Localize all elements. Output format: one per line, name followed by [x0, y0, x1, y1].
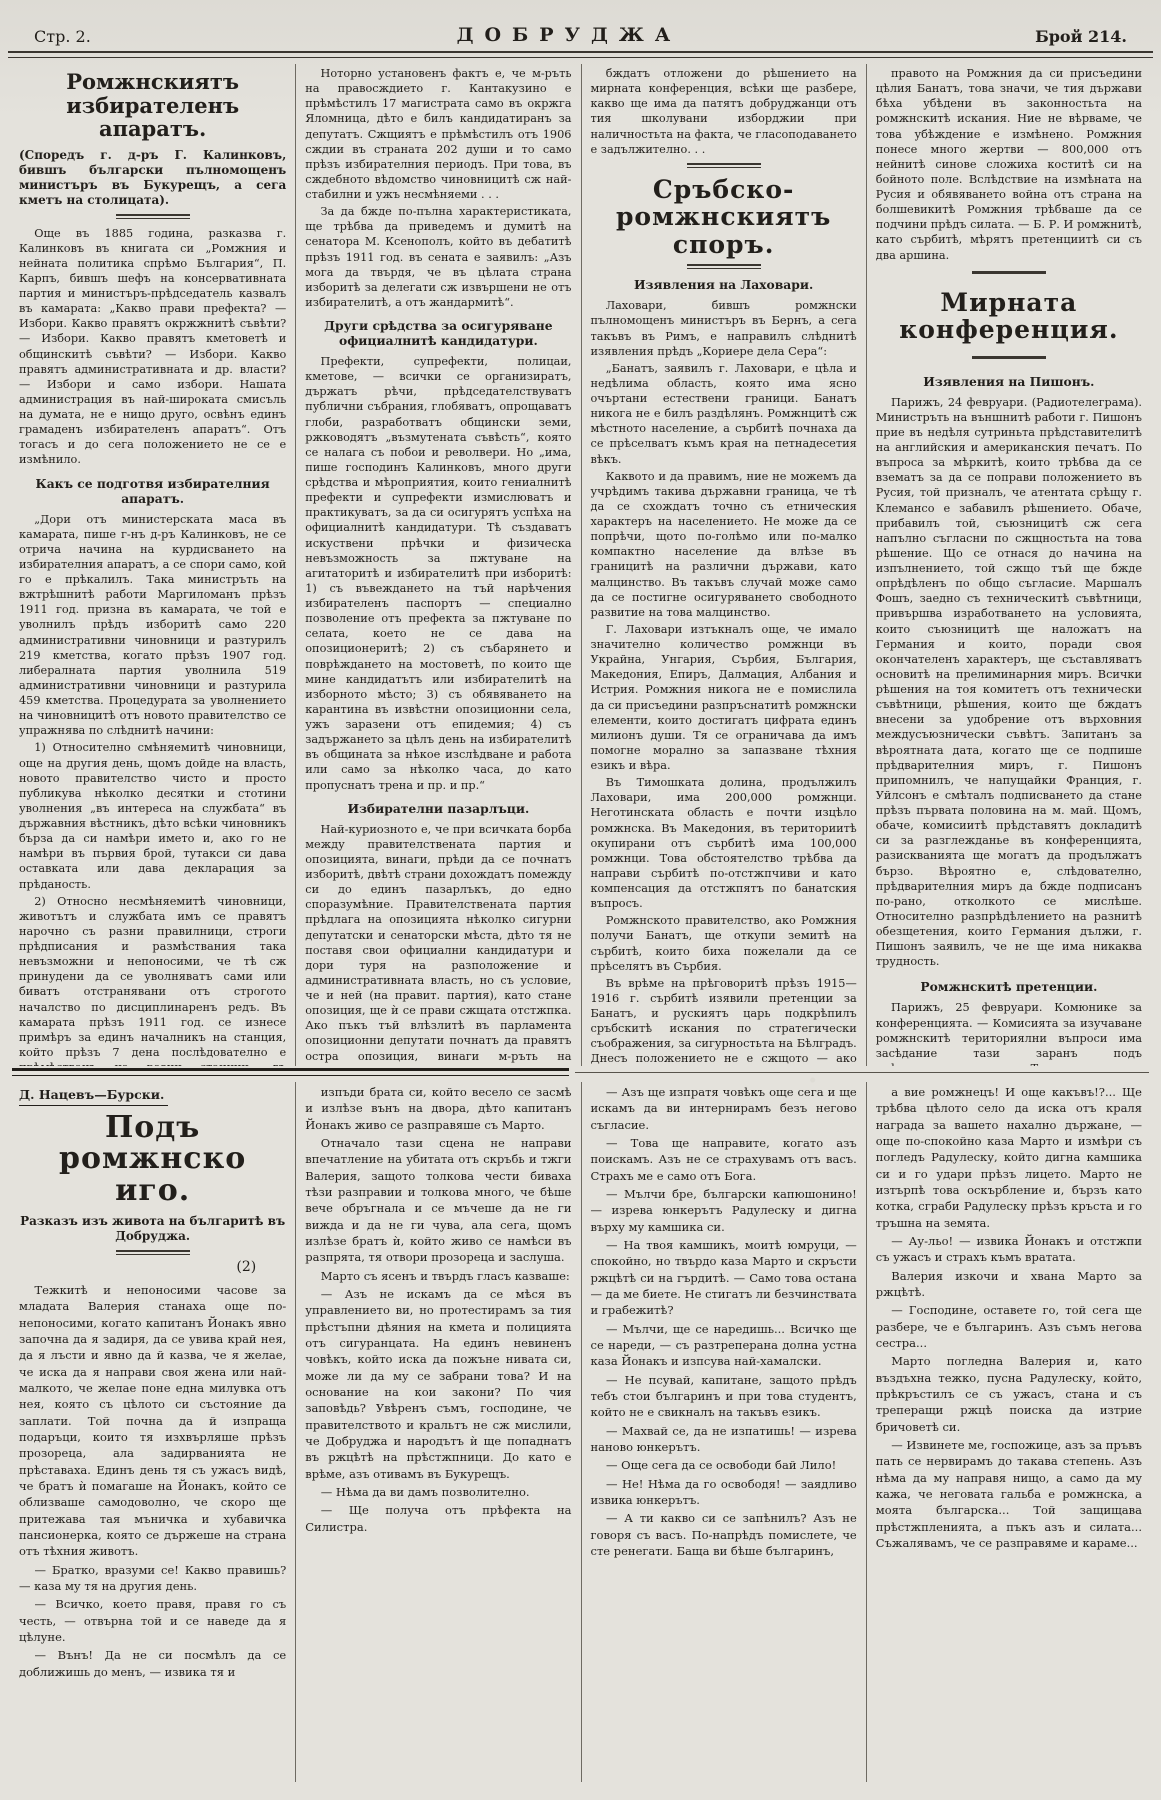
divider-rule — [972, 356, 1046, 359]
paragraph: Отначало тази сцена не направи впечатлен… — [305, 1135, 571, 1266]
divider-rule — [972, 271, 1046, 274]
paragraph: 2) Относно несмѣняемитѣ чиновници, живот… — [19, 894, 286, 1066]
newspaper-page: Стр. 2. ДОБРУДЖА Брой 214. Ромжнскиятъ и… — [0, 0, 1161, 1800]
paragraph: — Това ще направите, когато азъ поискамъ… — [591, 1135, 857, 1184]
paragraph: бждатъ отложени до рѣшението на мирната … — [591, 66, 857, 157]
paragraph: — Мълчи, ще се наредишь... Всичко ще се … — [591, 1321, 857, 1370]
divider-thin-rule — [575, 1072, 1149, 1073]
article-subhead: (Споредъ г. д-ръ Г. Калинковъ, бившъ бъл… — [19, 148, 286, 208]
paragraph: Парижъ, 25 февруари. Комюнике за конфере… — [876, 1000, 1142, 1066]
top-column-4: правото на Ромжния да си присъедини цѣли… — [866, 64, 1151, 1066]
divider-rule — [116, 1250, 190, 1255]
paragraph: Валерия изкочи и хвана Марто за ржцѣтѣ. — [876, 1268, 1142, 1301]
crosshead: Ромжнскитѣ претенции. — [882, 979, 1136, 994]
paragraph: Ромжнското правителство, ако Ромжния пол… — [591, 913, 857, 974]
paragraph: а вие ромжнецъ! И още какъвъ!?... Ще трѣ… — [876, 1084, 1142, 1231]
paragraph: Още въ 1885 година, разказва г. Калинков… — [19, 226, 286, 468]
section-divider-rule — [0, 1066, 1161, 1078]
paragraph: Лаховари, бившъ ромжнски пълномощенъ мин… — [591, 298, 857, 359]
article-subhead: Разказъ изъ живота на българитѣ въ Добру… — [19, 1214, 286, 1244]
crosshead: Какъ се подготвя избирателния апаратъ. — [25, 476, 280, 506]
bottom-column-2: изпъди брата си, който весело се засмѣ и… — [295, 1082, 580, 1782]
paragraph: — Извинете ме, госпожице, азъ за пръвъ п… — [876, 1437, 1142, 1551]
paragraph: — Азъ не искамъ да се мѣся въ управление… — [305, 1286, 571, 1482]
paragraph: Най-куриозното е, че при всичката борба … — [305, 822, 571, 1066]
bottom-column-1: Д. Нацевъ—Бурски.Подъ ромжнско иго.Разка… — [10, 1082, 295, 1782]
top-column-1: Ромжнскиятъ избирателенъ апаратъ.(Според… — [10, 64, 295, 1066]
paragraph: Префекти, супрефекти, полицаи, кметове, … — [305, 354, 571, 793]
part-number: (2) — [19, 1258, 256, 1278]
paragraph: — Нѣма да ви дамъ позволително. — [305, 1484, 571, 1500]
paragraph: — Братко, вразуми се! Какво правишь? — к… — [19, 1562, 286, 1595]
paragraph: Въ врѣме на прѣговоритѣ прѣзъ 1915—1916 … — [591, 976, 857, 1066]
paragraph: „Банатъ, заявилъ г. Лаховари, е цѣла и н… — [591, 361, 857, 467]
divider-heavy-rule — [12, 1068, 569, 1076]
divider-rule — [687, 264, 761, 269]
paragraph: — А ти какво си се запѣнилъ? Азъ не гово… — [591, 1510, 857, 1559]
issue-number-label: Брой 214. — [1035, 27, 1127, 46]
paragraph: — Мълчи бре, български капюшонино! — изр… — [591, 1186, 857, 1235]
article-headline: Сръбско-ромжнскиятъ споръ. — [591, 176, 857, 259]
article-headline: Ромжнскиятъ избирателенъ апаратъ. — [19, 70, 286, 141]
paragraph: 1) Относително смѣняемитѣ чиновници, още… — [19, 740, 286, 891]
page-header: Стр. 2. ДОБРУДЖА Брой 214. — [0, 0, 1161, 51]
paragraph: изпъди брата си, който весело се засмѣ и… — [305, 1084, 571, 1133]
paragraph: — Всичко, което правя, правя го съ честь… — [19, 1596, 286, 1645]
paragraph: — Господине, оставете го, той сега ще ра… — [876, 1302, 1142, 1351]
divider-rule — [687, 163, 761, 168]
article-headline: Мирната конференция. — [876, 289, 1142, 344]
paragraph: правото на Ромжния да си присъедини цѣли… — [876, 66, 1142, 263]
paragraph: Тежкитѣ и непоносими часове за младата В… — [19, 1282, 286, 1560]
crosshead: Изявления на Пишонъ. — [882, 374, 1136, 389]
page-number-label: Стр. 2. — [34, 27, 91, 46]
masthead-title: ДОБРУДЖА — [457, 24, 682, 46]
crosshead: Избирателни пазарлъци. — [311, 801, 565, 816]
paragraph: Марто погледна Валерия и, като въздъхна … — [876, 1353, 1142, 1435]
bottom-column-4: а вие ромжнецъ! И още какъвъ!?... Ще трѣ… — [866, 1082, 1151, 1782]
paragraph: Г. Лаховари изтъкналъ още, че имало знач… — [591, 622, 857, 773]
paragraph: Ноторно установенъ фактъ е, че м-ръть на… — [305, 66, 571, 202]
top-column-3: бждатъ отложени до рѣшението на мирната … — [581, 64, 866, 1066]
paragraph: — Ще получа отъ прѣфекта на Силистра. — [305, 1502, 571, 1535]
paragraph: Парижъ, 24 февруари. (Радиотелеграма). М… — [876, 395, 1142, 970]
paragraph: — Ау-льо! — извика Йонакъ и отстжпи съ у… — [876, 1233, 1142, 1266]
paragraph: Марто съ ясенъ и твърдъ гласъ казваше: — [305, 1268, 571, 1284]
paragraph: — Азъ ще изпратя човѣкъ още сега и ще ис… — [591, 1084, 857, 1133]
header-double-rule — [8, 51, 1153, 58]
article-headline: Подъ ромжнско иго. — [19, 1112, 286, 1207]
paragraph: За да бжде по-пълна характеристиката, ще… — [305, 204, 571, 310]
crosshead: Изявления на Лаховари. — [597, 277, 851, 292]
paragraph: — Още сега да се освободи бай Лило! — [591, 1457, 857, 1473]
top-column-2: Ноторно установенъ фактъ е, че м-ръть на… — [295, 64, 580, 1066]
paragraph: — На твоя камшикъ, моитѣ юмруци, — споко… — [591, 1237, 857, 1319]
feuilleton-section: Д. Нацевъ—Бурски.Подъ ромжнско иго.Разка… — [0, 1078, 1161, 1782]
paragraph: — Не! Нѣма да го освободя! — заядливо из… — [591, 1476, 857, 1509]
crosshead: Други срѣдства за осигуряване официалнит… — [311, 318, 565, 348]
paragraph: Каквото и да правимъ, ние не можемъ да у… — [591, 469, 857, 620]
author-byline: Д. Нацевъ—Бурски. — [19, 1086, 168, 1106]
paragraph: — Не псувай, капитане, защото прѣдъ тебъ… — [591, 1372, 857, 1421]
paragraph: „Дори отъ министерската маса въ камарата… — [19, 512, 286, 739]
divider-rule — [116, 214, 190, 219]
bottom-column-3: — Азъ ще изпратя човѣкъ още сега и ще ис… — [581, 1082, 866, 1782]
paragraph: — Махвай се, да не изпатишь! — изрева на… — [591, 1423, 857, 1456]
top-articles-section: Ромжнскиятъ избирателенъ апаратъ.(Според… — [0, 58, 1161, 1066]
paragraph: Въ Тимошката долина, продължилъ Лаховари… — [591, 775, 857, 911]
paragraph: — Вънъ! Да не си посмѣлъ да се доближишь… — [19, 1647, 286, 1680]
